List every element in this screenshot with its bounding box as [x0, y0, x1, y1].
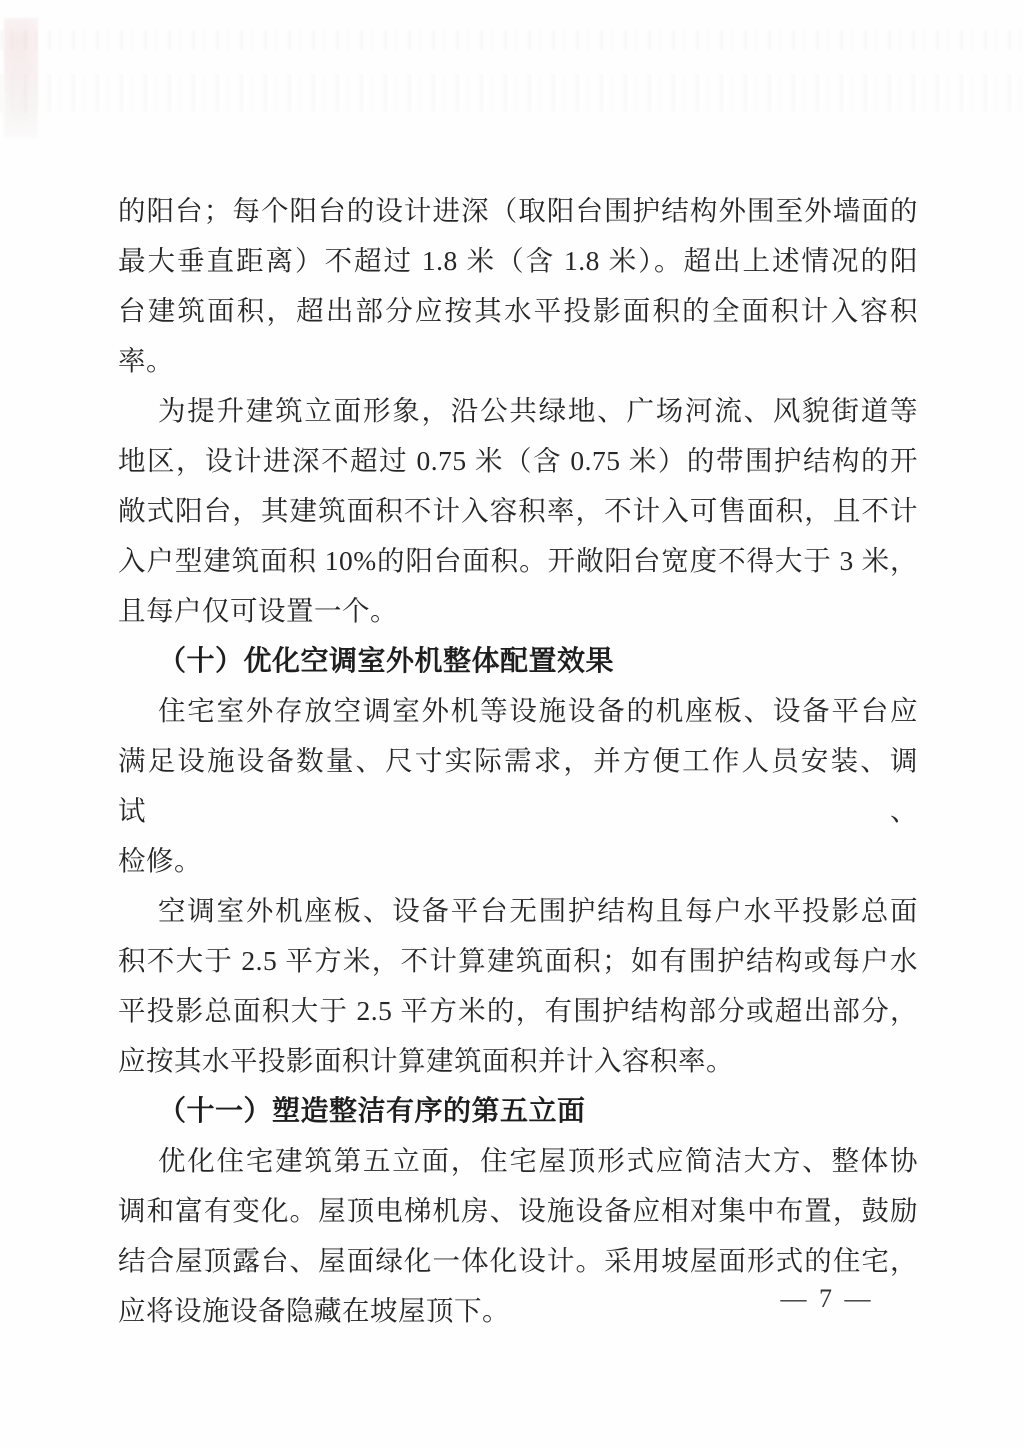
scan-noise-band	[0, 30, 1024, 50]
text-line: 满足设施设备数量、尺寸实际需求，并方便工作人员安装、调试、	[118, 736, 918, 836]
scan-noise-band	[0, 74, 1024, 112]
text-line: 住宅室外存放空调室外机等设施设备的机座板、设备平台应	[118, 686, 918, 736]
text-line: 空调室外机座板、设备平台无围护结构且每户水平投影总面	[118, 886, 918, 936]
text-line: 的阳台；每个阳台的设计进深（取阳台围护结构外围至外墙面的	[118, 186, 918, 236]
section-heading: （十）优化空调室外机整体配置效果	[118, 636, 918, 686]
text-line: 入户型建筑面积 10%的阳台面积。开敞阳台宽度不得大于 3 米，	[118, 536, 918, 586]
page-number: — 7 —	[772, 1284, 882, 1314]
text-line: 结合屋顶露台、屋面绿化一体化设计。采用坡屋面形式的住宅，	[118, 1236, 918, 1286]
text-line: 且每户仅可设置一个。	[118, 586, 918, 636]
text-line: 平投影总面积大于 2.5 平方米的，有围护结构部分或超出部分，	[118, 986, 918, 1036]
text-line: 为提升建筑立面形象，沿公共绿地、广场河流、风貌街道等	[118, 386, 918, 436]
text-line: 台建筑面积，超出部分应按其水平投影面积的全面积计入容积率。	[118, 286, 918, 386]
text-line: 检修。	[118, 836, 918, 886]
scan-corner-smudge	[4, 18, 38, 138]
text-line: 地区，设计进深不超过 0.75 米（含 0.75 米）的带围护结构的开	[118, 436, 918, 486]
text-line: 应按其水平投影面积计算建筑面积并计入容积率。	[118, 1036, 918, 1086]
text-line: 调和富有变化。屋顶电梯机房、设施设备应相对集中布置，鼓励	[118, 1186, 918, 1236]
text-block: 的阳台；每个阳台的设计进深（取阳台围护结构外围至外墙面的最大垂直距离）不超过 1…	[118, 186, 918, 1336]
section-heading: （十一）塑造整洁有序的第五立面	[118, 1086, 918, 1136]
text-line: 积不大于 2.5 平方米，不计算建筑面积；如有围护结构或每户水	[118, 936, 918, 986]
text-line: 优化住宅建筑第五立面，住宅屋顶形式应简洁大方、整体协	[118, 1136, 918, 1186]
text-line: 敞式阳台，其建筑面积不计入容积率，不计入可售面积，且不计	[118, 486, 918, 536]
scanned-document-page: 的阳台；每个阳台的设计进深（取阳台围护结构外围至外墙面的最大垂直距离）不超过 1…	[0, 0, 1024, 1448]
text-line: 最大垂直距离）不超过 1.8 米（含 1.8 米）。超出上述情况的阳	[118, 236, 918, 286]
